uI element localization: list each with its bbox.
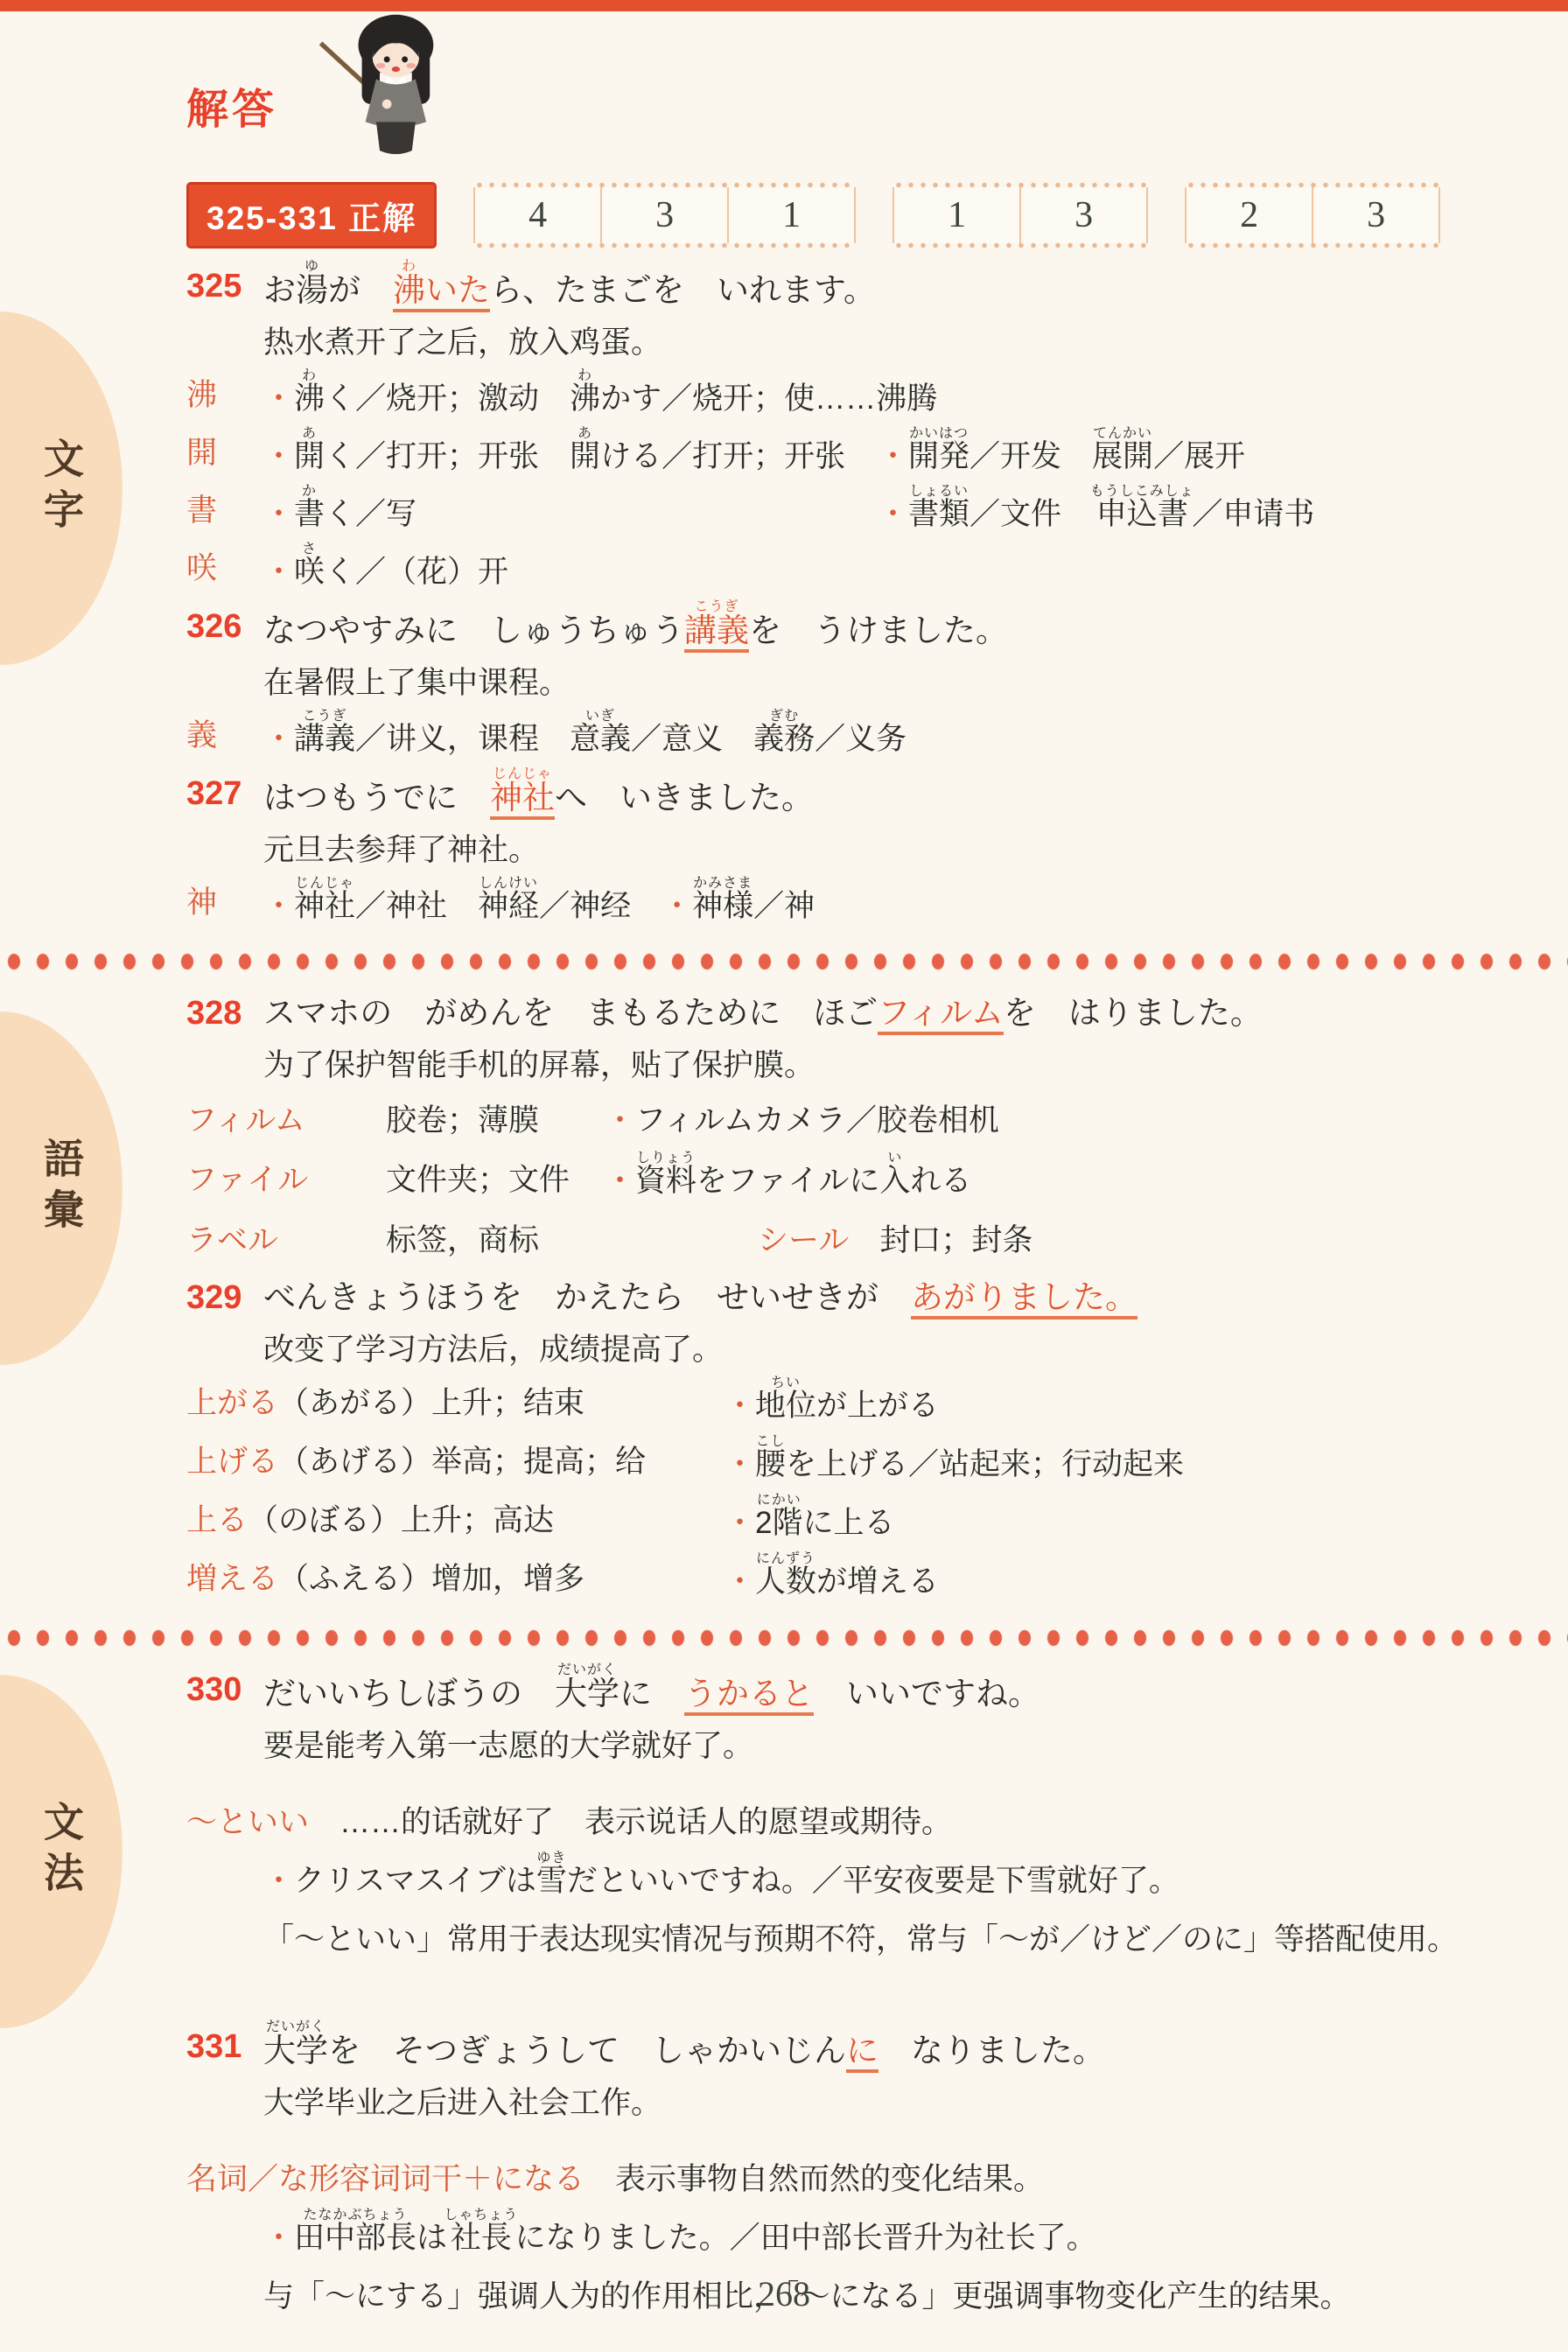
vocab-cell: 上がる（あがる）上升；结束 (186, 1375, 724, 1434)
question-jp: お湯ゆが 沸わいたら、たまごを いれます。 (263, 259, 876, 318)
question-cn: 大学毕业之后进入社会工作。 (263, 2078, 1105, 2129)
example-line: ・クリスマスイブは雪ゆきだといいですね。／平安夜要是下雪就好了。 (263, 1851, 1528, 1909)
content: 325お湯ゆが 沸わいたら、たまごを いれます。热水煮开了之后，放入鸡蛋。沸・沸… (186, 259, 1528, 2327)
dotted-separator (0, 953, 1568, 970)
vocab-cell: シール 封口；封条 (605, 1211, 1528, 1270)
grammar-point: 〜といい ……的话就好了 表示说话人的愿望或期待。 (186, 1795, 1528, 1851)
question-block: 327はつもうでに 神社じんじゃへ いきました。元旦去参拜了神社。 (186, 766, 1528, 876)
answer-cell: 1 (727, 187, 854, 243)
vocab-cell: 上げる（あげる）举高；提高；给 (186, 1434, 724, 1493)
vocab-row: ラベル标签，商标 シール 封口；封条 (186, 1211, 1528, 1270)
question-block: 325お湯ゆが 沸わいたら、たまごを いれます。热水煮开了之后，放入鸡蛋。 (186, 259, 1528, 368)
vocab-cell: 神 (186, 876, 263, 934)
vocab-cell: ・地位ちいが上がる (724, 1375, 1528, 1434)
section-tab-label: 語彙 (32, 1137, 90, 1239)
question-jp: スマホの がめんを まもるために ほごフィルムを はりました。 (263, 986, 1263, 1040)
question-jp: なつやすみに しゅうちゅう講義こうぎを うけました。 (263, 599, 1008, 658)
question-jp: はつもうでに 神社じんじゃへ いきました。 (263, 766, 814, 825)
vocab-cell: ・咲さく／（花）开 (263, 542, 1528, 599)
dotted-separator (0, 1629, 1568, 1647)
question-cn: 在暑假上了集中课程。 (263, 658, 1008, 709)
vocab-cell: ・2階にかいに上る (724, 1493, 1528, 1551)
vocab-row: 開・開あく／打开；开张 開あける／打开；开张・開発かいはつ／开发 展開てんかい／… (186, 426, 1528, 484)
vocab-cell: 上る（のぼる）上升；高达 (186, 1493, 724, 1551)
question-body: お湯ゆが 沸わいたら、たまごを いれます。热水煮开了之后，放入鸡蛋。 (263, 259, 876, 368)
vocab-cell: 開 (186, 426, 263, 484)
top-border (0, 0, 1568, 11)
section-tab-bunpo: 文法 (0, 1675, 122, 2028)
question-cn: 元旦去参拜了神社。 (263, 825, 814, 876)
vocab-row: 沸・沸わく／烧开；激动 沸わかす／烧开；使……沸腾 (186, 368, 1528, 426)
teacher-girl-icon (297, 9, 503, 162)
vocab-cell: 書 (186, 484, 263, 542)
vocab-cell: ・フィルムカメラ／胶卷相机 (605, 1091, 1528, 1151)
vocab-cell: ・書かく／写 (263, 484, 878, 542)
vocab-row: 咲・咲さく／（花）开 (186, 542, 1528, 599)
question-number: 327 (186, 766, 263, 876)
vocab-cell: ・神社じんじゃ／神社 神経しんけい／神经 ・神様かみさま／神 (263, 876, 1528, 934)
question-body: べんきょうほうを かえたら せいせきが あがりました。改变了学习方法后，成绩提高… (263, 1270, 1137, 1375)
vocab-cell: ラベル (186, 1211, 386, 1270)
question-number: 326 (186, 599, 263, 709)
vocab-cell: 胶卷；薄膜 (386, 1091, 605, 1151)
vocab-cell: ・沸わく／烧开；激动 沸わかす／烧开；使……沸腾 (263, 368, 1528, 426)
vocab-row: フィルム胶卷；薄膜・フィルムカメラ／胶卷相机 (186, 1091, 1528, 1151)
question-body: スマホの がめんを まもるために ほごフィルムを はりました。为了保护智能手机的… (263, 986, 1263, 1091)
question-number: 325 (186, 259, 263, 368)
vocab-cell: 标签，商标 (386, 1211, 605, 1270)
vocab-cell: ・腰こしを上げる／站起来；行动起来 (724, 1434, 1528, 1493)
question-cn: 要是能考入第一志愿的大学就好了。 (263, 1721, 1040, 1772)
vocab-cell: ・資料しりょうをファイルに入いれる (605, 1151, 1528, 1211)
section-tab-goi: 語彙 (0, 1011, 122, 1365)
page-title: 解答 (186, 75, 277, 136)
question-jp: だいいちしぼうの 大学だいがくに うかると いいですね。 (263, 1662, 1040, 1721)
answer-cell: 4 (475, 187, 600, 243)
question-block: 328スマホの がめんを まもるために ほごフィルムを はりました。为了保护智能… (186, 986, 1528, 1091)
question-jp: 大学だいがくを そつぎょうして しゃかいじんに なりました。 (263, 2019, 1105, 2078)
note-line: 「〜といい」常用于表达现实情况与预期不符，常与「〜が／けど／のに」等搭配使用。 (263, 1909, 1528, 1970)
vocab-cell: ・書類しょるい／文件 申込書もうしこみしょ／申请书 (878, 484, 1528, 542)
answer-groups: 4311323 (473, 187, 1440, 243)
vocab-cell: 沸 (186, 368, 263, 426)
question-block: 330だいいちしぼうの 大学だいがくに うかると いいですね。要是能考入第一志愿… (186, 1662, 1528, 1772)
question-cn: 改变了学习方法后，成绩提高了。 (263, 1325, 1137, 1375)
question-cn: 为了保护智能手机的屏幕，贴了保护膜。 (263, 1040, 1263, 1091)
question-block: 331大学だいがくを そつぎょうして しゃかいじんに なりました。大学毕业之后进… (186, 2019, 1528, 2129)
answer-group: 13 (892, 187, 1148, 243)
vocab-cell: ・講義こうぎ／讲义，课程 意義いぎ／意义 義務ぎむ／义务 (263, 709, 1528, 766)
question-number: 329 (186, 1270, 263, 1375)
vocab-cell: ・人数にんずうが増える (724, 1551, 1528, 1610)
question-cn: 热水煮开了之后，放入鸡蛋。 (263, 318, 876, 368)
answer-header: 325-331 正解 4311323 (186, 182, 1440, 248)
answer-cell: 3 (1312, 187, 1438, 243)
question-body: 大学だいがくを そつぎょうして しゃかいじんに なりました。大学毕业之后进入社会… (263, 2019, 1105, 2129)
vocab-row: 神・神社じんじゃ／神社 神経しんけい／神经 ・神様かみさま／神 (186, 876, 1528, 934)
vocab-row: 上がる（あがる）上升；结束・地位ちいが上がる (186, 1375, 1528, 1434)
grammar-point: 名词／な形容词词干＋になる 表示事物自然而然的变化结果。 (186, 2152, 1528, 2208)
section-tab-label: 文字 (32, 437, 90, 539)
question-block: 329べんきょうほうを かえたら せいせきが あがりました。改变了学习方法后，成… (186, 1270, 1528, 1375)
vocab-row: 上る（のぼる）上升；高达・2階にかいに上る (186, 1493, 1528, 1551)
vocab-cell: 増える（ふえる）增加，增多 (186, 1551, 724, 1610)
question-jp: べんきょうほうを かえたら せいせきが あがりました。 (263, 1270, 1137, 1325)
question-number: 330 (186, 1662, 263, 1772)
vocab-cell: フィルム (186, 1091, 386, 1151)
vocab-row: 義・講義こうぎ／讲义，课程 意義いぎ／意义 義務ぎむ／义务 (186, 709, 1528, 766)
question-body: なつやすみに しゅうちゅう講義こうぎを うけました。在暑假上了集中课程。 (263, 599, 1008, 709)
question-block: 326なつやすみに しゅうちゅう講義こうぎを うけました。在暑假上了集中课程。 (186, 599, 1528, 709)
vocab-cell: ・開発かいはつ／开发 展開てんかい／展开 (878, 426, 1528, 484)
question-number: 331 (186, 2019, 263, 2129)
answer-group: 23 (1185, 187, 1440, 243)
page-number: 268 (0, 2273, 1568, 2314)
vocab-row: ファイル文件夹；文件・資料しりょうをファイルに入いれる (186, 1151, 1528, 1211)
answer-cell: 3 (1019, 187, 1146, 243)
vocab-cell: 文件夹；文件 (386, 1151, 605, 1211)
vocab-row: 書・書かく／写・書類しょるい／文件 申込書もうしこみしょ／申请书 (186, 484, 1528, 542)
question-body: だいいちしぼうの 大学だいがくに うかると いいですね。要是能考入第一志愿的大学… (263, 1662, 1040, 1772)
answer-cell: 1 (894, 187, 1019, 243)
answer-range-badge: 325-331 正解 (186, 182, 437, 248)
vocab-row: 上げる（あげる）举高；提高；给・腰こしを上げる／站起来；行动起来 (186, 1434, 1528, 1493)
vocab-cell: ファイル (186, 1151, 386, 1211)
section-tab-label: 文法 (32, 1801, 90, 1902)
section-tab-moji: 文字 (0, 311, 122, 665)
answer-group: 431 (473, 187, 856, 243)
vocab-cell: 義 (186, 709, 263, 766)
answer-cell: 2 (1186, 187, 1312, 243)
vocab-cell: ・開あく／打开；开张 開あける／打开；开张 (263, 426, 878, 484)
example-line: ・田中部長たなかぶちょうは社長しゃちょうになりました。／田中部长晋升为社长了。 (263, 2208, 1528, 2266)
answer-cell: 3 (600, 187, 727, 243)
question-number: 328 (186, 986, 263, 1091)
vocab-row: 増える（ふえる）增加，增多・人数にんずうが増える (186, 1551, 1528, 1610)
question-body: はつもうでに 神社じんじゃへ いきました。元旦去参拜了神社。 (263, 766, 814, 876)
vocab-cell: 咲 (186, 542, 263, 599)
